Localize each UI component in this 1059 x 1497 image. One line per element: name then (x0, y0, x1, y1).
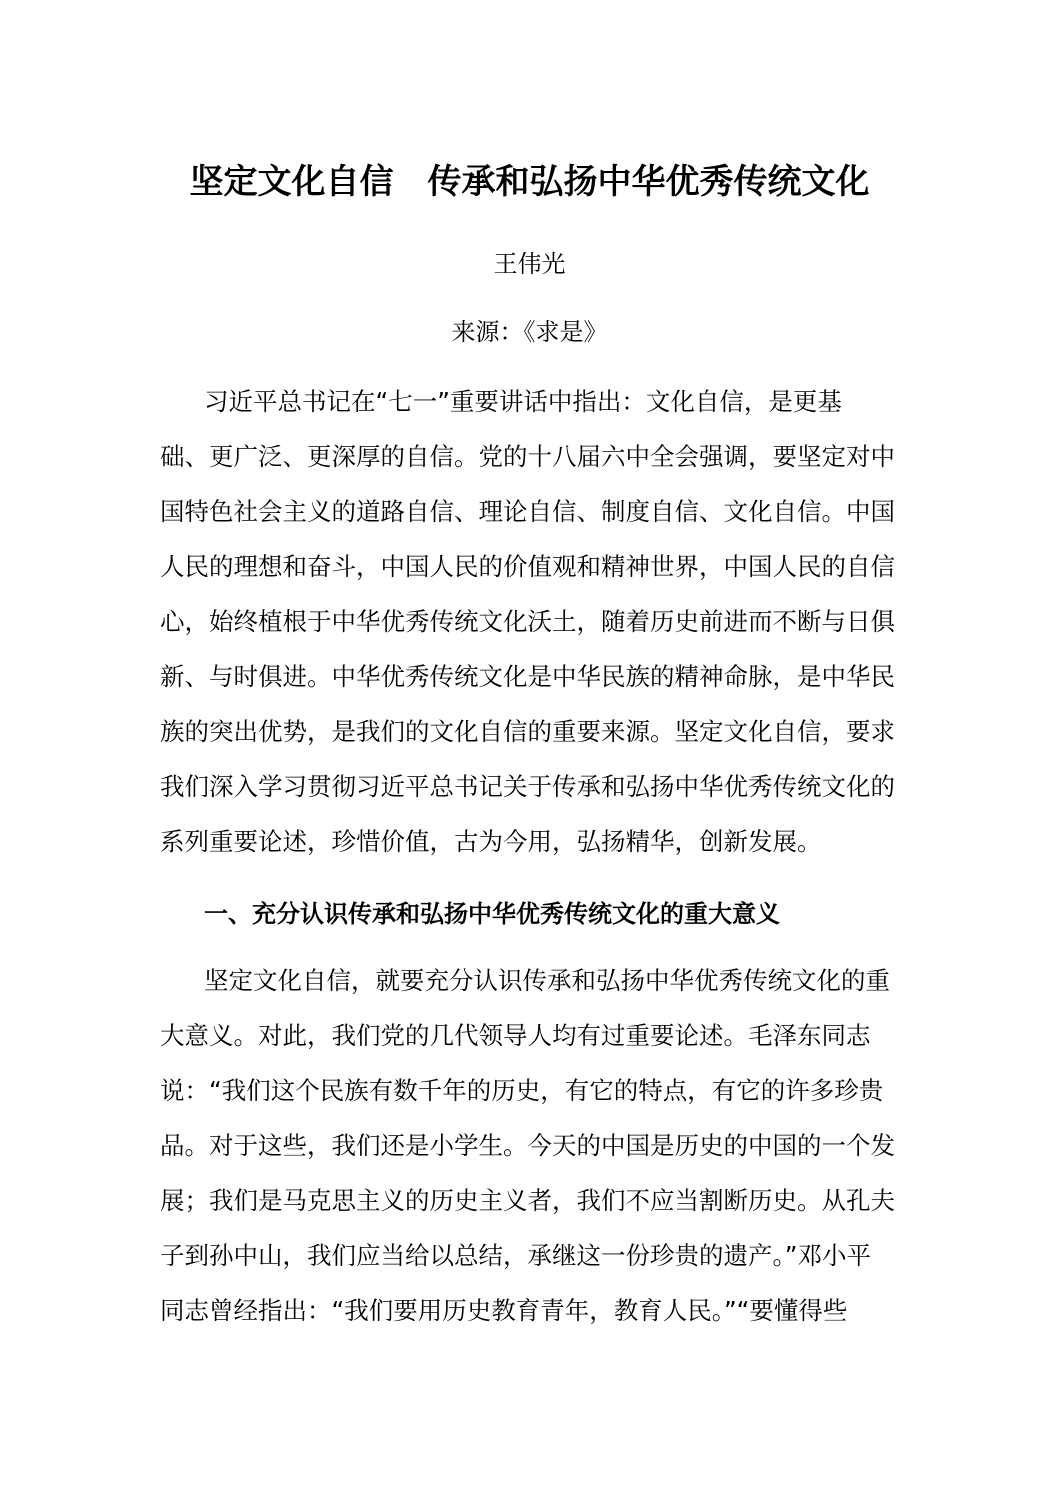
paragraph-line: 同志曾经指出：“我们要用历史教育青年，教育人民。”“要懂得些 (160, 1293, 900, 1329)
paragraph-line: 人民的理想和奋斗，中国人民的价值观和精神世界，中国人民的自信 (160, 549, 900, 585)
document-title: 坚定文化自信 传承和弘扬中华优秀传统文化 (0, 158, 1059, 206)
paragraph-line: 新、与时俱进。中华优秀传统文化是中华民族的精神命脉，是中华民 (160, 659, 900, 695)
source-line: 来源：《求是》 (0, 314, 1059, 350)
paragraph-line: 品。对于这些，我们还是小学生。今天的中国是历史的中国的一个发 (160, 1128, 900, 1164)
paragraph-line: 心，始终植根于中华优秀传统文化沃土，随着历史前进而不断与日俱 (160, 604, 900, 640)
paragraph-line: 我们深入学习贯彻习近平总书记关于传承和弘扬中华优秀传统文化的 (160, 769, 900, 805)
document-page: 坚定文化自信 传承和弘扬中华优秀传统文化 王伟光 来源：《求是》 习近平总书记在… (0, 0, 1059, 1497)
section-heading: 一、充分认识传承和弘扬中华优秀传统文化的重大意义 (204, 896, 904, 932)
paragraph-line: 大意义。对此，我们党的几代领导人均有过重要论述。毛泽东同志 (160, 1018, 900, 1054)
paragraph-line: 习近平总书记在“七一”重要讲话中指出：文化自信，是更基 (204, 384, 944, 420)
paragraph-line: 系列重要论述，珍惜价值，古为今用，弘扬精华，创新发展。 (160, 824, 900, 860)
paragraph-line: 坚定文化自信，就要充分认识传承和弘扬中华优秀传统文化的重 (204, 963, 944, 999)
paragraph-line: 础、更广泛、更深厚的自信。党的十八届六中全会强调，要坚定对中 (160, 439, 900, 475)
paragraph-line: 子到孙中山，我们应当给以总结，承继这一份珍贵的遗产。”邓小平 (160, 1238, 900, 1274)
paragraph-line: 说：“我们这个民族有数千年的历史，有它的特点，有它的许多珍贵 (160, 1073, 900, 1109)
author-name: 王伟光 (0, 246, 1059, 282)
paragraph-line: 族的突出优势，是我们的文化自信的重要来源。坚定文化自信，要求 (160, 714, 900, 750)
paragraph-line: 国特色社会主义的道路自信、理论自信、制度自信、文化自信。中国 (160, 494, 900, 530)
paragraph-line: 展；我们是马克思主义的历史主义者，我们不应当割断历史。从孔夫 (160, 1183, 900, 1219)
